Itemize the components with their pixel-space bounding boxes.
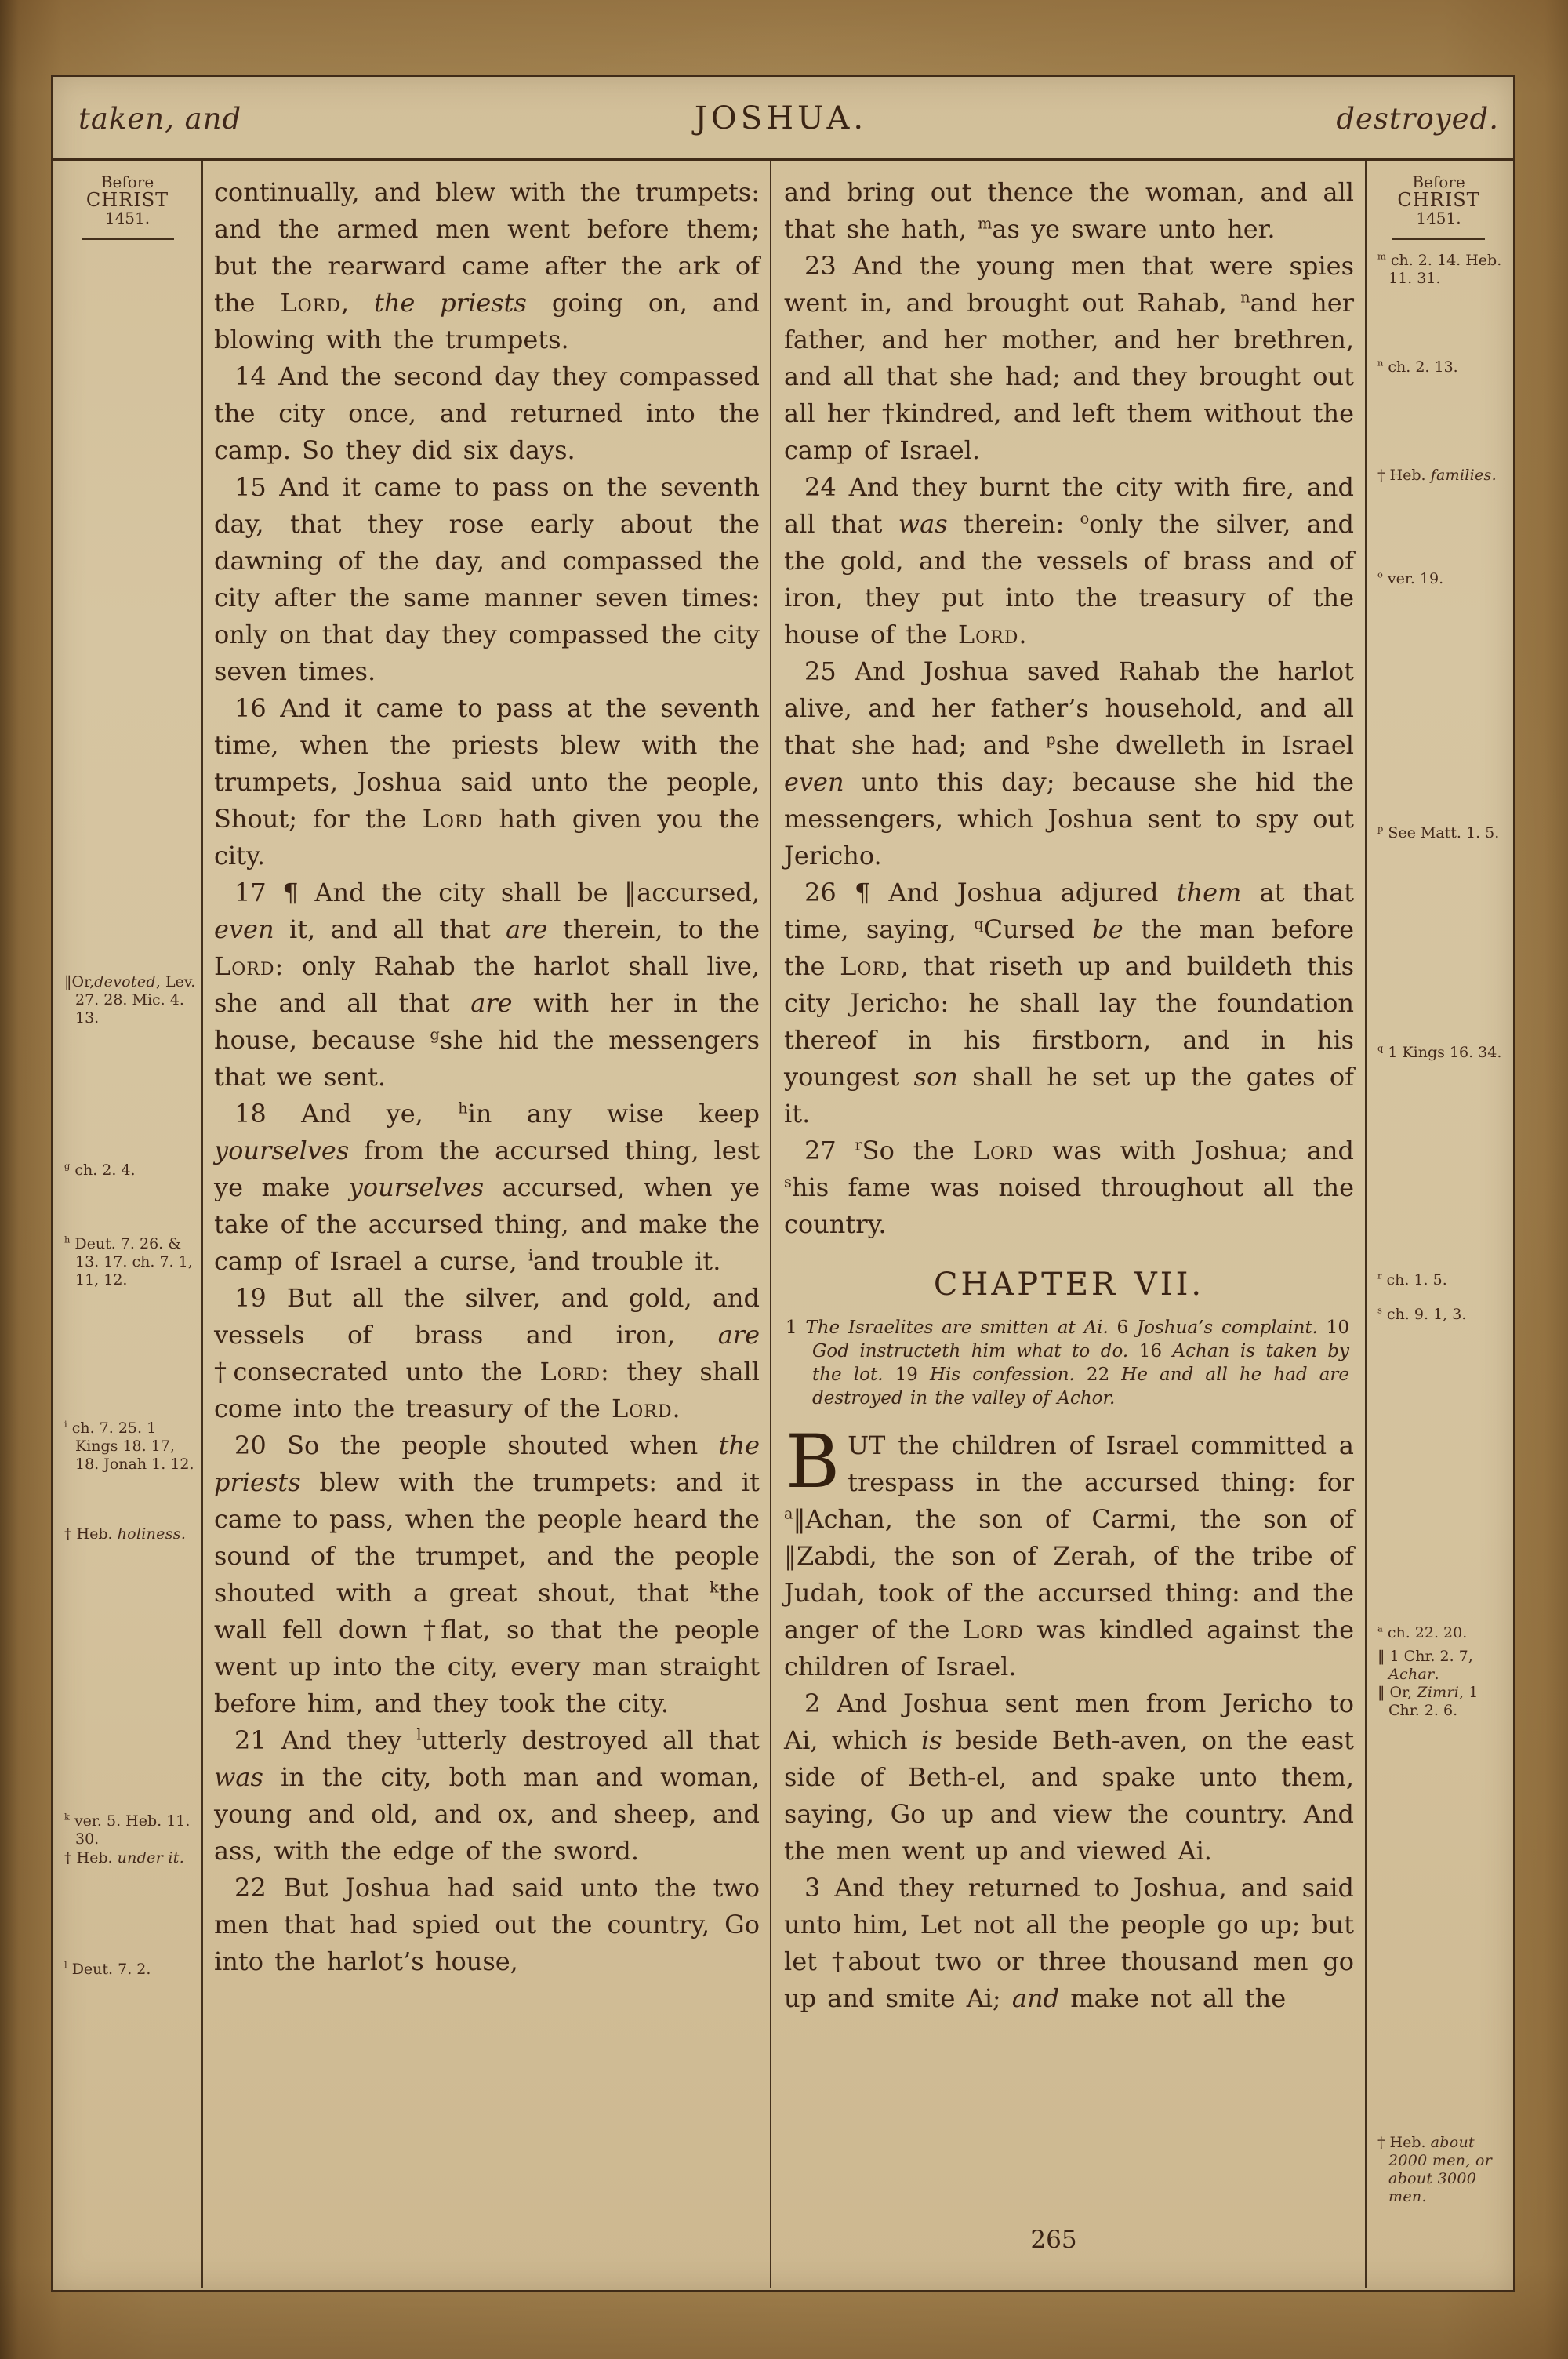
margin-note: l Deut. 7. 2. bbox=[64, 1961, 198, 1979]
verse-24: 24 And they burnt the city with fire, an… bbox=[784, 469, 1354, 653]
left-text-column: continually, and blew with the trumpets:… bbox=[203, 161, 769, 2288]
before-christ-line: 1451. bbox=[1367, 209, 1511, 227]
margin-note: † Heb. holiness. bbox=[64, 1525, 198, 1543]
before-christ-date: Before CHRIST 1451. bbox=[53, 161, 201, 240]
margin-note: i ch. 7. 25. 1 Kings 18. 17, 18. Jonah 1… bbox=[64, 1419, 198, 1474]
drop-cap: B bbox=[784, 1427, 848, 1492]
margin-note: a ch. 22. 20. bbox=[1377, 1624, 1508, 1642]
verse-13-continued: continually, and blew with the trumpets:… bbox=[214, 174, 760, 358]
left-margin-column: Before CHRIST 1451. ‖Or,devoted, Lev. 27… bbox=[53, 161, 201, 2288]
chapter-summary: 1 The Israelites are smitten at Ai. 6 Jo… bbox=[786, 1316, 1349, 1410]
margin-note: ‖ 1 Chr. 2. 7, Achar. bbox=[1377, 1648, 1508, 1684]
margin-note: s ch. 9. 1, 3. bbox=[1377, 1306, 1508, 1324]
chapter-heading: CHAPTER VII. bbox=[784, 1267, 1354, 1303]
verse-19: 19 But all the silver, and gold, and ves… bbox=[214, 1280, 760, 1427]
chapter7-verse-1: BUT the children of Israel committed a t… bbox=[784, 1427, 1354, 1685]
margin-note: † Heb. families. bbox=[1377, 467, 1508, 485]
right-margin-column: Before CHRIST 1451. m ch. 2. 14. Heb. 11… bbox=[1367, 161, 1511, 2288]
before-christ-date: Before CHRIST 1451. bbox=[1367, 161, 1511, 240]
page-number: 265 bbox=[771, 2226, 1336, 2254]
before-christ-line: CHRIST bbox=[1367, 191, 1511, 209]
margin-note: † Heb. under it. bbox=[64, 1849, 198, 1867]
margin-note: m ch. 2. 14. Heb. 11. 31. bbox=[1377, 252, 1508, 288]
verse-18: 18 And ye, hin any wise keep yourselves … bbox=[214, 1096, 760, 1280]
verse-17: 17 ¶ And the city shall be ‖accursed, ev… bbox=[214, 874, 760, 1096]
verse-25: 25 And Joshua saved Rahab the harlot ali… bbox=[784, 653, 1354, 874]
chapter7-verse-2: 2 And Joshua sent men from Jericho to Ai… bbox=[784, 1685, 1354, 1870]
verse-20: 20 So the people shouted when the priest… bbox=[214, 1427, 760, 1722]
verse-22-continued: and bring out thence the woman, and all … bbox=[784, 174, 1354, 248]
verse-26: 26 ¶ And Joshua adjured them at that tim… bbox=[784, 874, 1354, 1132]
divider-rule bbox=[82, 238, 174, 240]
margin-note: o ver. 19. bbox=[1377, 570, 1508, 588]
verse-23: 23 And the young men that were spies wen… bbox=[784, 248, 1354, 469]
margin-note: p See Matt. 1. 5. bbox=[1377, 824, 1508, 842]
divider-rule bbox=[1392, 238, 1485, 240]
verse-27: 27 rSo the Lord was with Joshua; and shi… bbox=[784, 1132, 1354, 1243]
before-christ-line: 1451. bbox=[53, 209, 201, 227]
verse-16: 16 And it came to pass at the seventh ti… bbox=[214, 690, 760, 874]
verse-text: UT the children of Israel committed a tr… bbox=[784, 1430, 1354, 1681]
running-header-right: destroyed. bbox=[1336, 102, 1499, 136]
margin-note: ‖ Or, Zimri, 1 Chr. 2. 6. bbox=[1377, 1684, 1508, 1720]
margin-note: r ch. 1. 5. bbox=[1377, 1271, 1508, 1289]
margin-note: g ch. 2. 4. bbox=[64, 1161, 198, 1179]
margin-note: ‖Or,devoted, Lev. 27. 28. Mic. 4. 13. bbox=[64, 973, 198, 1027]
right-text-column: and bring out thence the woman, and all … bbox=[771, 161, 1365, 2288]
verse-14: 14 And the second day they compassed the… bbox=[214, 358, 760, 469]
verse-21: 21 And they lutterly destroyed all that … bbox=[214, 1722, 760, 1870]
chapter7-verse-3: 3 And they returned to Joshua, and said … bbox=[784, 1870, 1354, 2017]
margin-note: q 1 Kings 16. 34. bbox=[1377, 1044, 1508, 1062]
verse-15: 15 And it came to pass on the seventh da… bbox=[214, 469, 760, 690]
margin-note: † Heb. about 2000 men, or about 3000 men… bbox=[1377, 2134, 1508, 2206]
running-header-title: JOSHUA. bbox=[51, 100, 1511, 136]
verse-22: 22 But Joshua had said unto the two men … bbox=[214, 1870, 760, 1980]
margin-note: h Deut. 7. 26. & 13. 17. ch. 7. 1, 11, 1… bbox=[64, 1235, 198, 1289]
before-christ-line: CHRIST bbox=[53, 191, 201, 209]
scanned-bible-page: { "header": { "left": "taken, and", "cen… bbox=[0, 0, 1568, 2359]
margin-note: n ch. 2. 13. bbox=[1377, 358, 1508, 376]
margin-note: k ver. 5. Heb. 11. 30. bbox=[64, 1812, 198, 1848]
